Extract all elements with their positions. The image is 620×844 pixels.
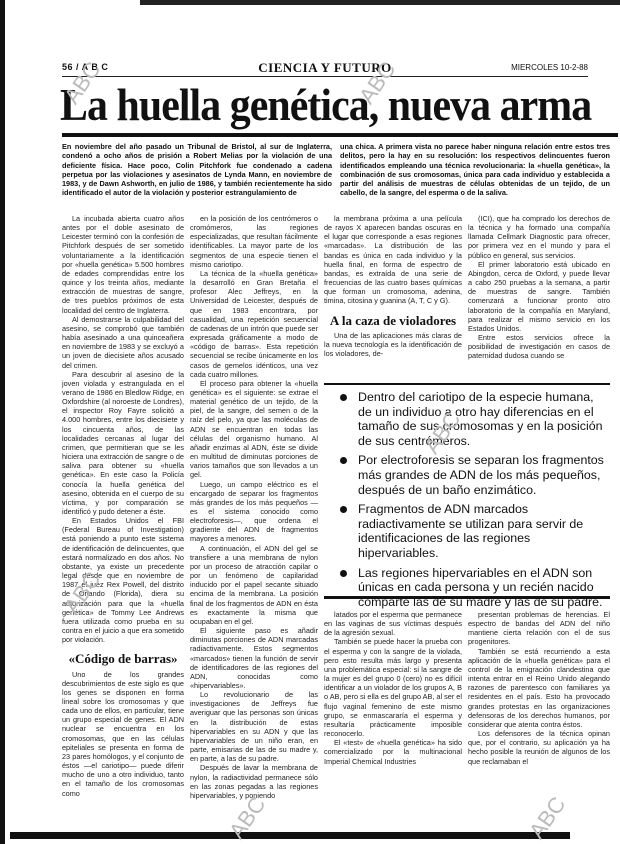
paragraph: Luego, un campo eléctrico es el encargad… [190,480,318,544]
bullet-icon [340,570,347,577]
paragraph: También se está recurriendo a esta aplic… [468,647,610,729]
bottom-rule [10,832,570,839]
column-3: la membrana próxima a una película de ra… [324,214,462,358]
lead-paragraph-right: una chica. A primera vista no parece hab… [340,142,610,198]
summary-box: Dentro del cariotipo de la especie human… [340,390,610,614]
summary-bullet: Dentro del cariotipo de la especie human… [340,390,610,448]
bullet-icon [340,506,347,513]
headline: La huella genética, nueva arma [60,80,581,130]
paragraph: Una de las aplicaciones más claras de la… [324,331,462,358]
summary-bullet: Por electroforesis se separan los fragme… [340,453,610,497]
paragraph: A continuación, el ADN del gel se transf… [190,544,318,626]
paragraph: Al demostrarse la culpabilidad del asesi… [62,315,184,370]
paragraph: (ICI), que ha comprado los derechos de l… [468,214,610,260]
paragraph: Entre estos servicios ofrece la posibili… [468,333,610,360]
paragraph: La técnica de la «huella genética» la de… [190,269,318,379]
bullet-icon [340,394,347,401]
column-5: latados por el esperma que permanece en … [324,610,462,766]
column-4: (ICI), que ha comprado los derechos de l… [468,214,610,361]
paragraph: El siguiente paso es añadir diminutas po… [190,626,318,690]
paragraph: El «test» de «huella genética» ha sido c… [324,738,462,765]
page-header: 56 / A B C CIENCIA Y FUTURO MIERCOLES 10… [62,60,588,77]
headline-rule [62,133,618,137]
paragraph: También se puede hacer la prueba con el … [324,637,462,738]
summary-bullet: Fragmentos de ADN marcados radiactivamen… [340,502,610,560]
issue-date: MIERCOLES 10-2-88 [511,63,588,72]
paragraph: en la posición de los centrómeros o crom… [190,214,318,269]
paragraph: Lo revolucionario de las investigaciones… [190,690,318,763]
paragraph: El proceso para obtener la «huella genét… [190,379,318,480]
paragraph: Los defensores de la técnica opinan que,… [468,729,610,766]
subheading-codigo-de-barras: «Código de barras» [62,654,184,663]
paragraph: Para descubrir al asesino de la joven vi… [62,370,184,517]
paragraph: presentan problemas de herencias. El esp… [468,610,610,647]
lead-paragraph-left: En noviembre del año pasado un Tribunal … [62,142,332,198]
section-title: CIENCIA Y FUTURO [62,60,588,76]
summary-bullet: Las regiones hipervariables en el ADN so… [340,566,610,610]
paragraph: la membrana próxima a una película de ra… [324,214,462,306]
subheading-caza-violadores: A la caza de violadores [324,316,462,325]
top-rule [140,0,620,5]
summary-box-bottom-rule [324,596,610,599]
column-2: en la posición de los centrómeros o crom… [190,214,318,800]
paragraph: El primer laboratorio está ubicado en Ab… [468,260,610,333]
page-edge-rule [0,0,5,844]
paragraph: La incubada abierta cuatro años antes po… [62,214,184,315]
column-6: presentan problemas de herencias. El esp… [468,610,610,766]
bullet-icon [340,457,347,464]
summary-box-top-rule [324,383,610,385]
paragraph: Uno de los grandes descubrimientos de es… [62,670,184,798]
paragraph: latados por el esperma que permanece en … [324,610,462,637]
column-1: La incubada abierta cuatro años antes po… [62,214,184,798]
